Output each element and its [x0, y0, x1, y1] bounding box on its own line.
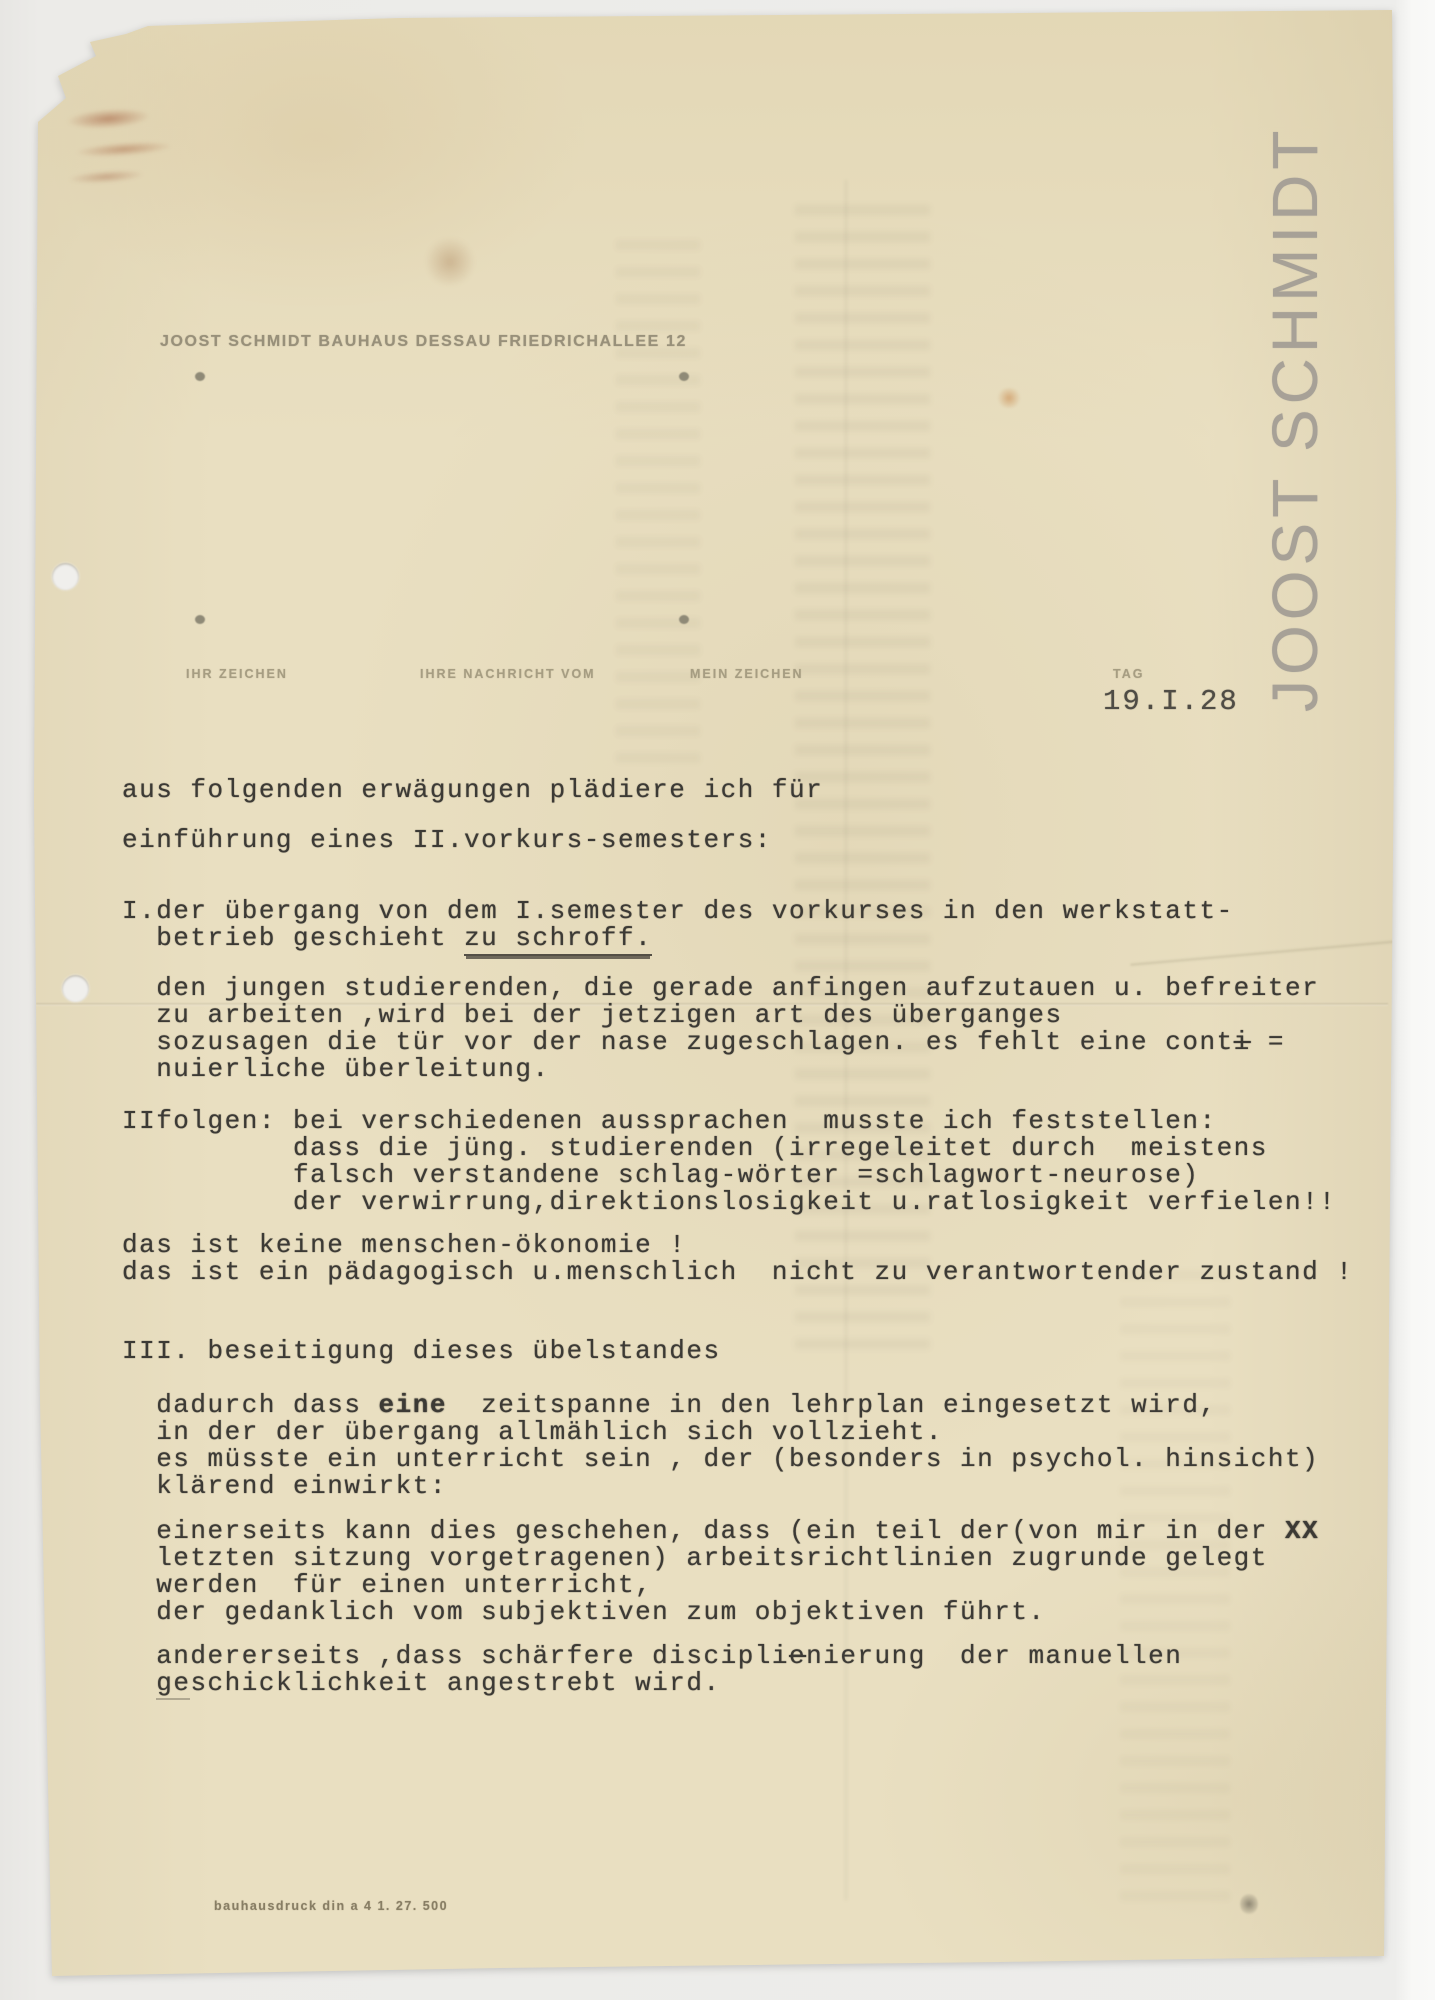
printer-imprint: bauhausdruck din a 4 1. 27. 500	[214, 1899, 448, 1913]
paragraph: andererseits ,dass schärfere disciplieni…	[122, 1643, 1422, 1697]
typewriter-line: geschicklichkeit angestrebt wird.	[122, 1670, 1422, 1697]
paragraph: den jungen studierenden, die gerade anfi…	[122, 975, 1422, 1083]
typewriter-line: falsch verstandene schlag-wörter =schlag…	[122, 1162, 1422, 1189]
emboss-mark	[1240, 1893, 1258, 1915]
typewriter-line: aus folgenden erwägungen plädiere ich fü…	[122, 777, 1422, 804]
vertical-sender-name: JOOST SCHMIDT	[1258, 126, 1344, 712]
typewriter-line: zu arbeiten ,wird bei der jetzigen art d…	[122, 1002, 1422, 1029]
typewriter-line: betrieb geschieht zu schroff.	[122, 925, 1422, 952]
typewriter-line: das ist ein pädagogisch u.menschlich nic…	[122, 1259, 1422, 1286]
field-label-ihre-nachricht-vom: IHRE NACHRICHT VOM	[420, 667, 596, 681]
typewriter-line: sozusagen die tür vor der nase zugeschla…	[122, 1029, 1422, 1056]
registration-dot	[195, 615, 205, 624]
rust-stain-top-left	[48, 88, 185, 202]
punch-hole-bottom	[62, 975, 89, 1002]
typewriter-line: der gedanklich vom subjektiven zum objek…	[122, 1599, 1422, 1626]
field-label-mein-zeichen: MEIN ZEICHEN	[690, 667, 804, 681]
typewriter-line: dass die jüng. studierenden (irregeleite…	[122, 1135, 1422, 1162]
letterhead-address: JOOST SCHMIDT BAUHAUS DESSAU FRIEDRICHAL…	[160, 333, 687, 351]
body-text: aus folgenden erwägungen plädiere ich fü…	[122, 777, 1422, 1697]
typewriter-line: werden für einen unterricht,	[122, 1572, 1422, 1599]
typewriter-line: in der der übergang allmählich sich voll…	[122, 1419, 1422, 1446]
paragraph: III. beseitigung dieses übelstandes	[122, 1338, 1422, 1365]
typewriter-line: es müsste ein unterricht sein , der (bes…	[122, 1446, 1422, 1473]
date-value: 19.I.28	[1103, 685, 1239, 718]
paper-sheet: JOOST SCHMIDT BAUHAUS DESSAU FRIEDRICHAL…	[0, 0, 1435, 2000]
scan-background: { "document": { "letterhead": "JOOST SCH…	[0, 0, 1435, 2000]
punch-hole-top	[52, 563, 79, 590]
typewriter-line: IIfolgen: bei verschiedenen aussprachen …	[122, 1108, 1422, 1135]
field-label-ihr-zeichen: IHR ZEICHEN	[186, 667, 288, 681]
registration-dot	[679, 615, 689, 624]
typewriter-line: dadurch dass eine zeitspanne in den lehr…	[122, 1392, 1422, 1419]
typewriter-line: einführung eines II.vorkurs-semesters:	[122, 827, 1422, 854]
typewriter-line: einerseits kann dies geschehen, dass (ei…	[122, 1518, 1422, 1545]
typewriter-line: das ist keine menschen-ökonomie !	[122, 1232, 1422, 1259]
typewriter-line: III. beseitigung dieses übelstandes	[122, 1338, 1422, 1365]
paragraph: aus folgenden erwägungen plädiere ich fü…	[122, 777, 1422, 804]
paragraph: einführung eines II.vorkurs-semesters:	[122, 827, 1422, 854]
rust-spot	[996, 388, 1022, 408]
typewriter-line: den jungen studierenden, die gerade anfi…	[122, 975, 1422, 1002]
field-label-tag: TAG	[1113, 667, 1144, 681]
paper-wrap: JOOST SCHMIDT BAUHAUS DESSAU FRIEDRICHAL…	[0, 0, 1435, 2000]
typewriter-line: klärend einwirkt:	[122, 1473, 1422, 1500]
paragraph: das ist keine menschen-ökonomie !das ist…	[122, 1232, 1422, 1286]
ghost-ink-column	[616, 240, 700, 770]
registration-dot	[195, 372, 205, 381]
paragraph: dadurch dass eine zeitspanne in den lehr…	[122, 1392, 1422, 1500]
typewriter-line: der verwirrung,direktionslosigkeit u.rat…	[122, 1189, 1422, 1216]
typewriter-line: andererseits ,dass schärfere disciplieni…	[122, 1643, 1422, 1670]
typewriter-line: nuierliche überleitung.	[122, 1056, 1422, 1083]
typewriter-line: letzten sitzung vorgetragenen) arbeitsri…	[122, 1545, 1422, 1572]
typewriter-line: I.der übergang von dem I.semester des vo…	[122, 898, 1422, 925]
paragraph: IIfolgen: bei verschiedenen aussprachen …	[122, 1108, 1422, 1216]
paragraph: einerseits kann dies geschehen, dass (ei…	[122, 1518, 1422, 1626]
faint-stain	[420, 238, 480, 286]
paragraph: I.der übergang von dem I.semester des vo…	[122, 898, 1422, 952]
registration-dot	[679, 372, 689, 381]
